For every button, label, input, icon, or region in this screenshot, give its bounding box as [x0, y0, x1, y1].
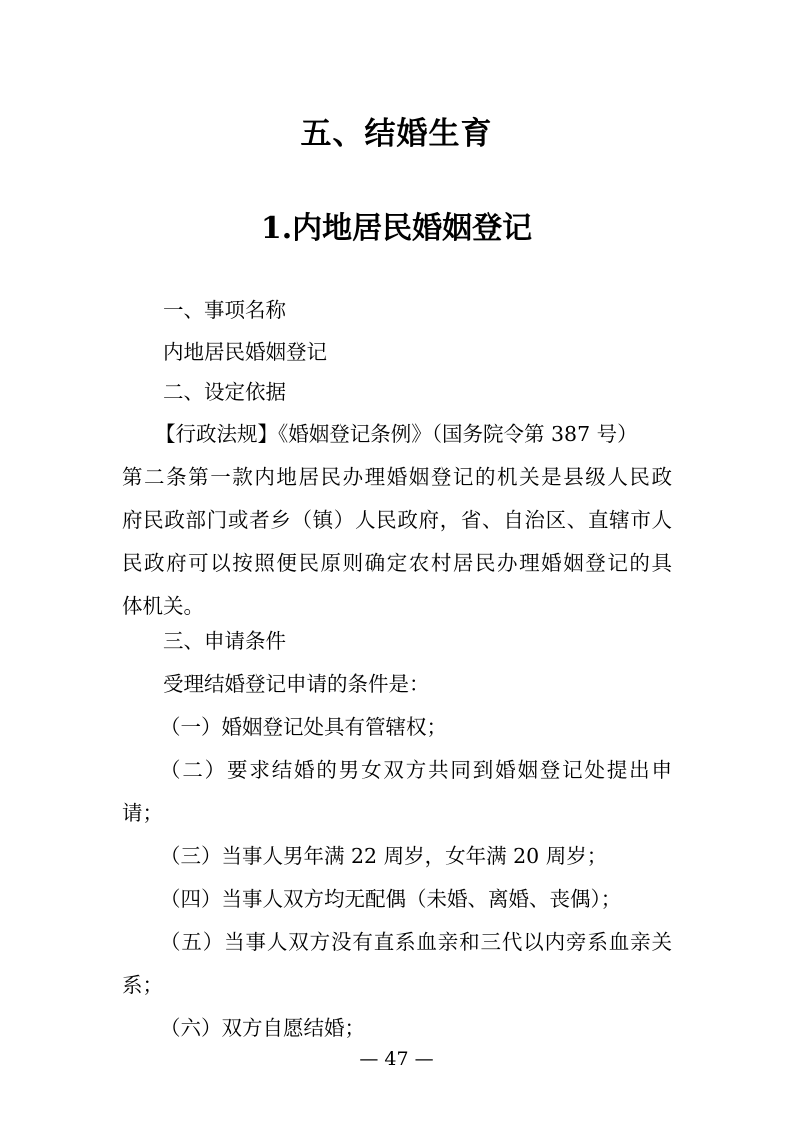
legal-basis-line: 【行政法规】《婚姻登记条例》（国务院令第 387 号） — [155, 420, 638, 448]
chapter-title: 五、结婚生育 — [0, 108, 793, 153]
page-number: — 47 — — [0, 1048, 793, 1070]
condition-item: （二）要求结婚的男女双方共同到婚姻登记处提出申 — [160, 756, 672, 784]
legal-basis-line: 民政府可以按照便民原则确定农村居民办理婚姻登记的具 — [122, 549, 672, 577]
item-name-value: 内地居民婚姻登记 — [163, 338, 327, 366]
item-title: 1.内地居民婚姻登记 — [0, 203, 793, 247]
condition-item-continuation: 系； — [122, 971, 163, 999]
condition-item: （六）双方自愿结婚； — [160, 1014, 365, 1042]
condition-item: （三）当事人男年满 22 周岁，女年满 20 周岁； — [160, 842, 607, 870]
legal-basis-line: 府民政部门或者乡（镇）人民政府，省、自治区、直辖市人 — [122, 506, 672, 534]
document-page: 五、结婚生育 1.内地居民婚姻登记 一、事项名称 内地居民婚姻登记 二、设定依据… — [0, 0, 793, 1122]
condition-item: （一）婚姻登记处具有管辖权； — [160, 713, 447, 741]
section-heading-item-name: 一、事项名称 — [163, 296, 286, 324]
condition-item: （五）当事人双方没有直系血亲和三代以内旁系血亲关 — [160, 928, 672, 956]
legal-basis-line: 第二条第一款内地居民办理婚姻登记的机关是县级人民政 — [122, 463, 672, 491]
section-heading-conditions: 三、申请条件 — [163, 627, 286, 655]
condition-item: （四）当事人双方均无配偶（未婚、离婚、丧偶）； — [160, 885, 621, 913]
section-heading-legal-basis: 二、设定依据 — [163, 378, 286, 406]
legal-basis-line: 体机关。 — [122, 592, 204, 620]
condition-item-continuation: 请； — [122, 799, 163, 827]
conditions-intro: 受理结婚登记申请的条件是： — [163, 670, 430, 698]
